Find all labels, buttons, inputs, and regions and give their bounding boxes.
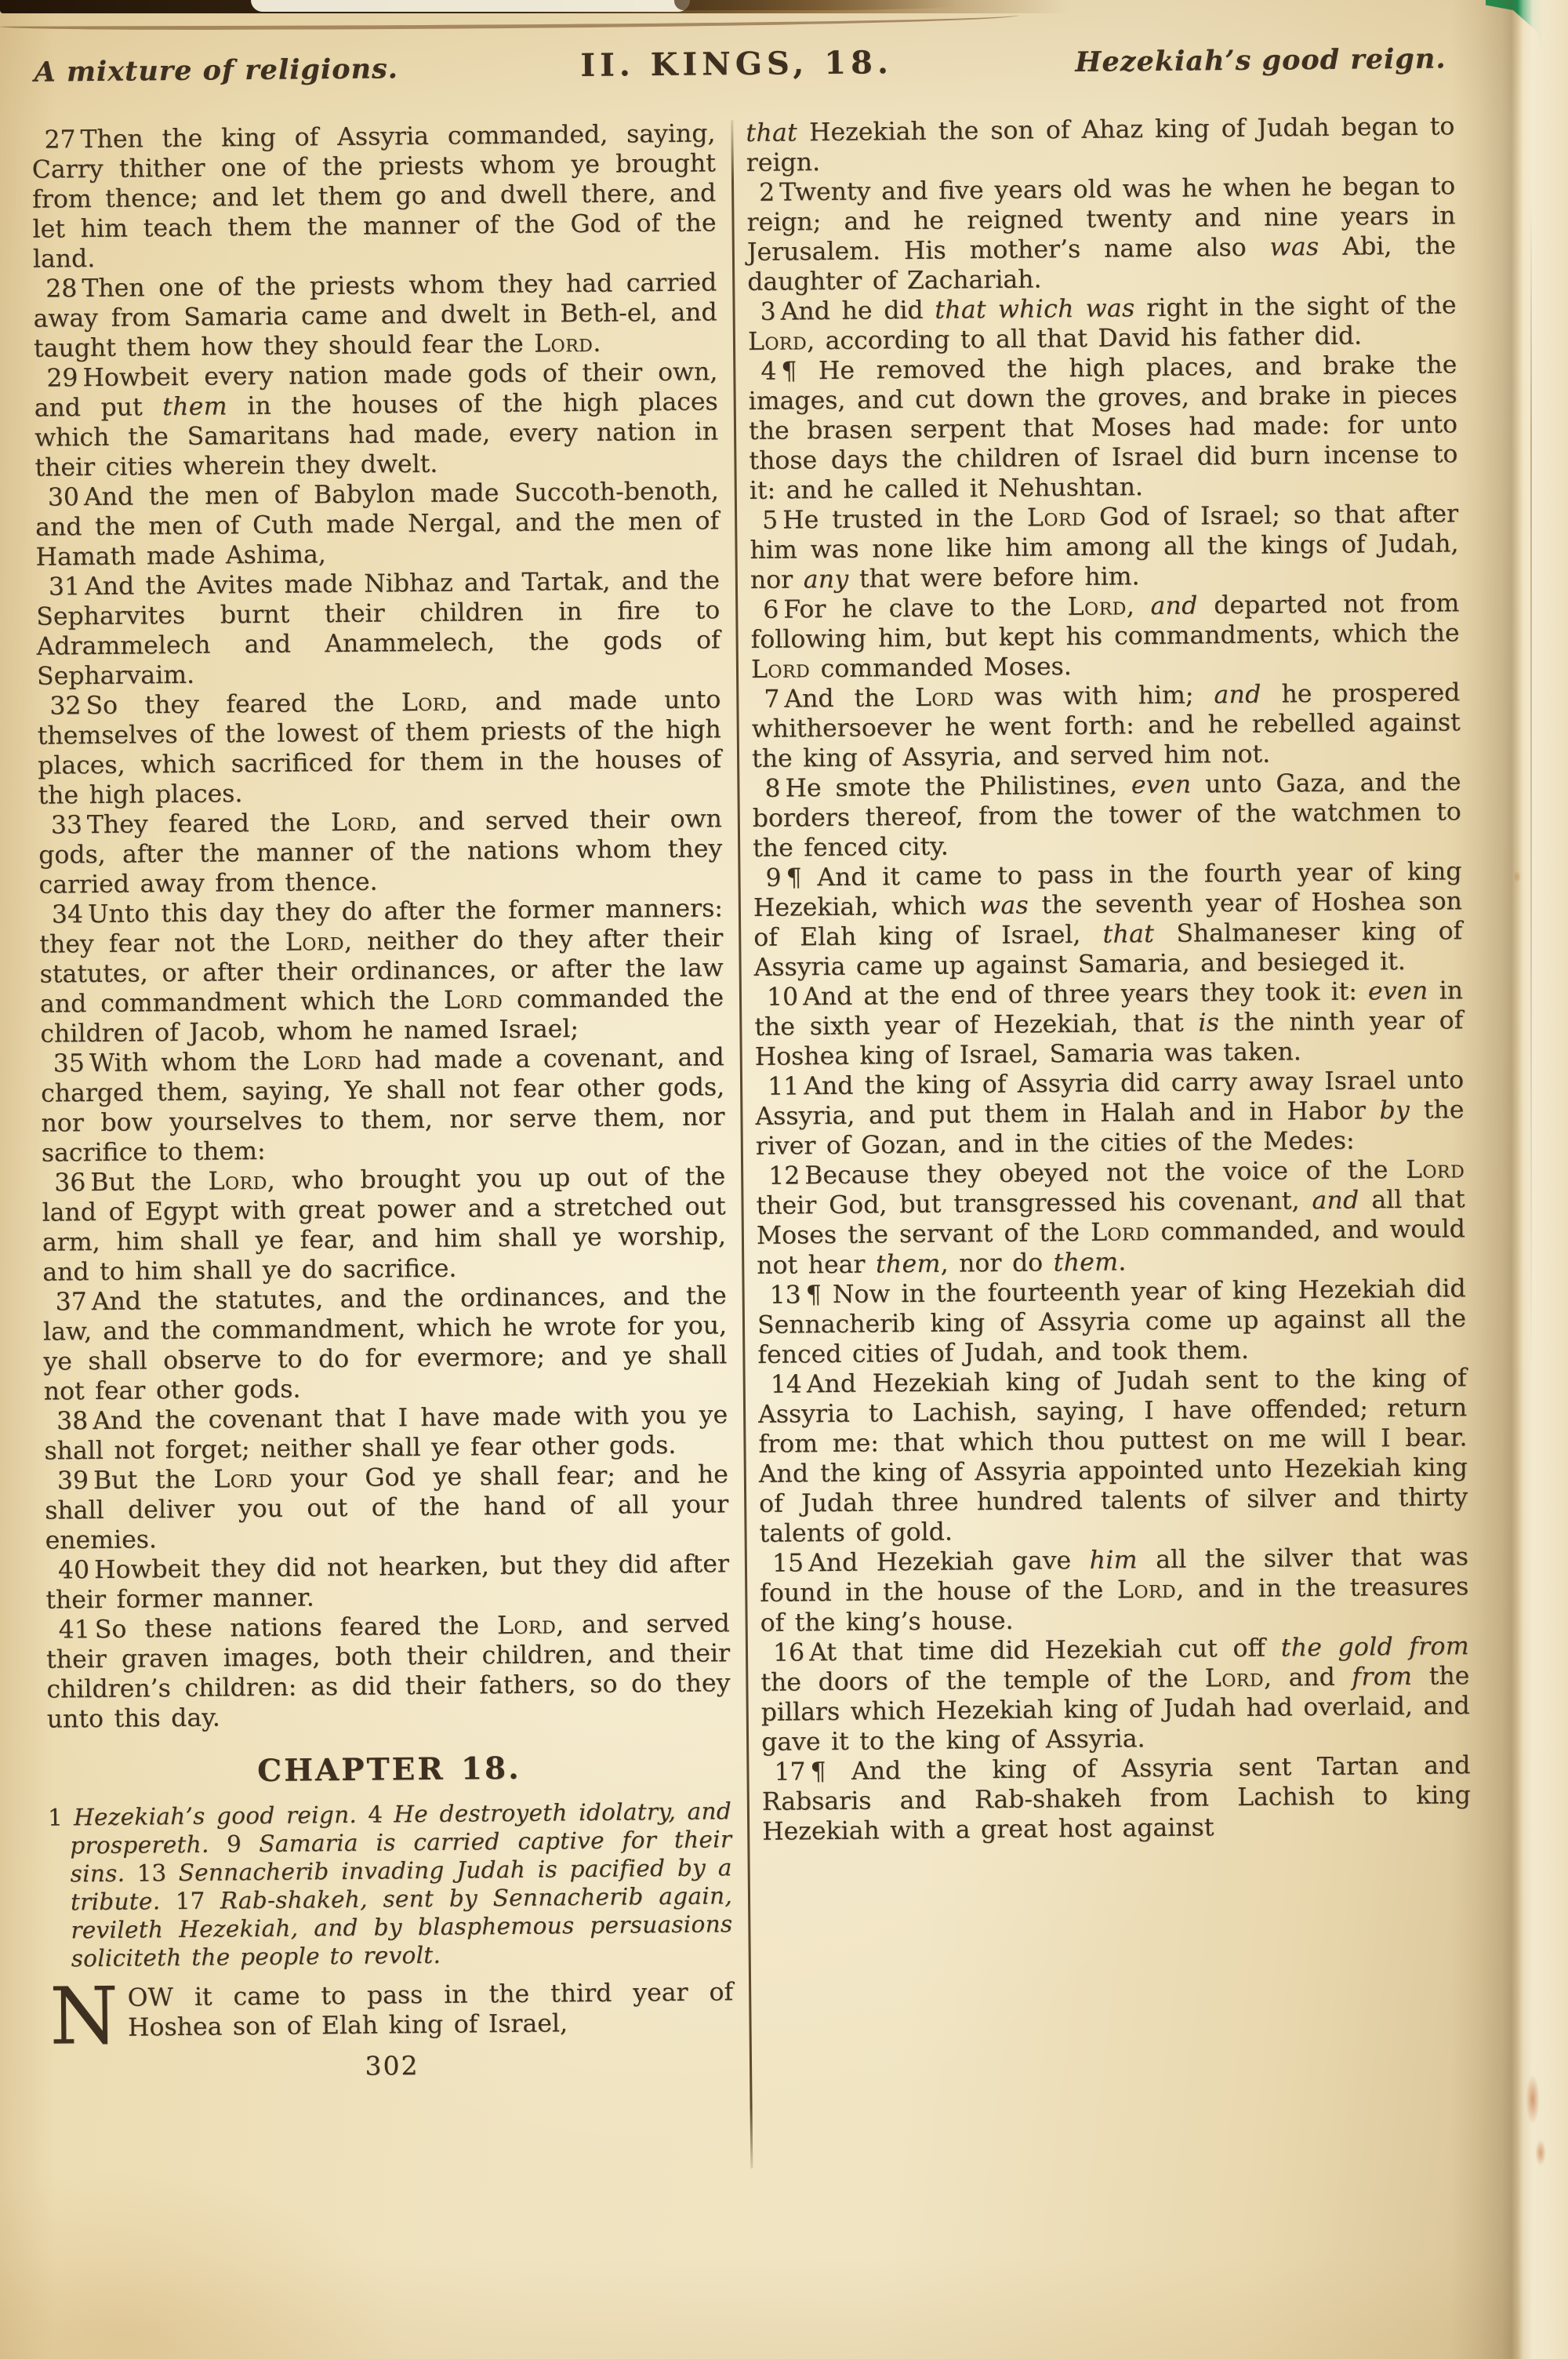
verse: 6For he clave to the Lord, and departed … [750, 588, 1460, 685]
verse-number: 38 [56, 1407, 93, 1435]
verse: 13¶ Now in the fourteenth year of king H… [757, 1274, 1466, 1370]
verse-number: 17 [774, 1757, 810, 1786]
chapter-heading: CHAPTER 18. [47, 1751, 731, 1787]
verse-number: 16 [773, 1638, 809, 1667]
rust-stain [1526, 2074, 1540, 2125]
verse-number: 7 [764, 685, 784, 714]
verse: 39But the Lord your God ye shall fear; a… [45, 1459, 729, 1555]
verse-number: 15 [772, 1549, 808, 1577]
running-head-right: Hezekiah’s good reign. [1075, 42, 1446, 78]
verse-number: 14 [771, 1370, 807, 1398]
verse-number: 10 [767, 983, 803, 1011]
verse: that Hezekiah the son of Ahaz king of Ju… [746, 111, 1455, 178]
drop-cap: N [49, 1983, 128, 2047]
verse-number: 41 [59, 1616, 95, 1644]
verse: 33They feared the Lord, and served their… [38, 804, 723, 900]
verse: 8He smote the Philistines, even unto Gaz… [752, 767, 1461, 863]
page-number: 302 [50, 2048, 734, 2084]
verse-number: 36 [54, 1169, 90, 1197]
verse: 2Twenty and five years old was he when h… [746, 171, 1456, 297]
verse: 16At that time did Hezekiah cut off the … [760, 1631, 1470, 1757]
verse-number: 3 [760, 298, 780, 326]
verse-number: 35 [53, 1049, 89, 1078]
verse-number: 27 [44, 125, 80, 154]
verse: 7And the Lord was with him; and he prosp… [751, 678, 1461, 774]
verse: 11And the king of Assyria did carry away… [755, 1065, 1465, 1161]
verse-number: 13 [769, 1281, 805, 1309]
verse-number: 2 [759, 179, 779, 207]
verse: 38And the covenant that I have made with… [44, 1400, 728, 1466]
verse: 4¶ He removed the high places, and brake… [748, 350, 1458, 506]
verse-number: 31 [49, 572, 85, 601]
verse-number: 4 [760, 358, 781, 386]
verse-number: 5 [762, 507, 782, 535]
verse: 35With whom the Lord had made a covenant… [41, 1042, 725, 1168]
verse: 40Howbeit they did not hearken, but they… [45, 1549, 730, 1615]
verse-number: 6 [763, 596, 783, 624]
verse: 9¶ And it came to pass in the fourth yea… [753, 856, 1462, 983]
verse: 28Then one of the priests whom they had … [33, 267, 717, 363]
verse: 10And at the end of three years they too… [754, 976, 1464, 1072]
verse: 37And the statutes, and the ordinances, … [43, 1281, 728, 1406]
rust-stain [1513, 871, 1521, 883]
left-column-verses: 27Then the king of Assyria commanded, sa… [31, 118, 731, 1734]
chapter-summary: 1 Hezekiah’s good reign. 4 He destroyeth… [48, 1797, 733, 1972]
verse-number: 12 [768, 1161, 804, 1190]
bottom-edge-shading [0, 2257, 1568, 2359]
verse: 12Because they obeyed not the voice of t… [756, 1154, 1465, 1281]
verse: 41So these nations feared the Lord, and … [46, 1608, 731, 1734]
verse: 3And he did that which was right in the … [747, 290, 1457, 357]
verse: 34Unto this day they do after the former… [39, 893, 724, 1049]
right-column-verses: that Hezekiah the son of Ahaz king of Ju… [746, 111, 1471, 1847]
rust-stain [1535, 2139, 1546, 2166]
verse-number: 32 [49, 692, 85, 720]
top-page-edge-smudge [674, 0, 956, 10]
two-column-text: 27Then the king of Assyria commanded, sa… [31, 111, 1475, 2226]
left-column: 27Then the king of Assyria commanded, sa… [31, 118, 735, 2226]
verse: 30And the men of Babylon made Succoth-be… [35, 476, 720, 572]
top-page-edge-highlight [251, 0, 690, 12]
running-head-title: II. KINGS, 18. [580, 44, 893, 84]
verse-number: 34 [52, 900, 88, 929]
bible-page: A mixture of religions. II. KINGS, 18. H… [31, 38, 1475, 2226]
running-head-left: A mixture of religions. [34, 53, 398, 88]
verse-number: 30 [48, 483, 84, 511]
verse: 29Howbeit every nation made gods of thei… [34, 357, 718, 482]
verse-number: 28 [45, 274, 82, 303]
chapter-opening-verse: NOW it came to pass in the third year of… [49, 1977, 734, 2043]
verse: 32So they feared the Lord, and made unto… [37, 685, 721, 810]
verse-number: 11 [768, 1072, 804, 1100]
verse: 27Then the king of Assyria commanded, sa… [31, 118, 717, 274]
verse-number: 9 [765, 864, 786, 892]
verse: 5He trusted in the Lord God of Israel; s… [750, 499, 1459, 595]
verse-number: 29 [46, 364, 82, 392]
verse-number: 37 [56, 1288, 92, 1316]
right-column: that Hezekiah the son of Ahaz king of Ju… [746, 111, 1475, 2220]
verse: 15And Hezekiah gave him all the silver t… [760, 1542, 1469, 1638]
verse: 31And the Avites made Nibhaz and Tartak,… [36, 565, 720, 691]
opening-verse-text: OW it came to pass in the third year of … [128, 1978, 734, 2041]
verse: 36But the Lord, who brought you up out o… [42, 1161, 726, 1287]
verse: 17¶ And the king of Assyria sent Tartan … [761, 1750, 1471, 1847]
verse-number: 8 [764, 775, 785, 803]
verse-number: 33 [51, 811, 87, 839]
page-crease-line [1530, 204, 1532, 1380]
verse-number: 39 [57, 1467, 93, 1495]
verse: 14And Hezekiah king of Judah sent to the… [758, 1363, 1468, 1549]
verse-number: 40 [58, 1556, 94, 1584]
